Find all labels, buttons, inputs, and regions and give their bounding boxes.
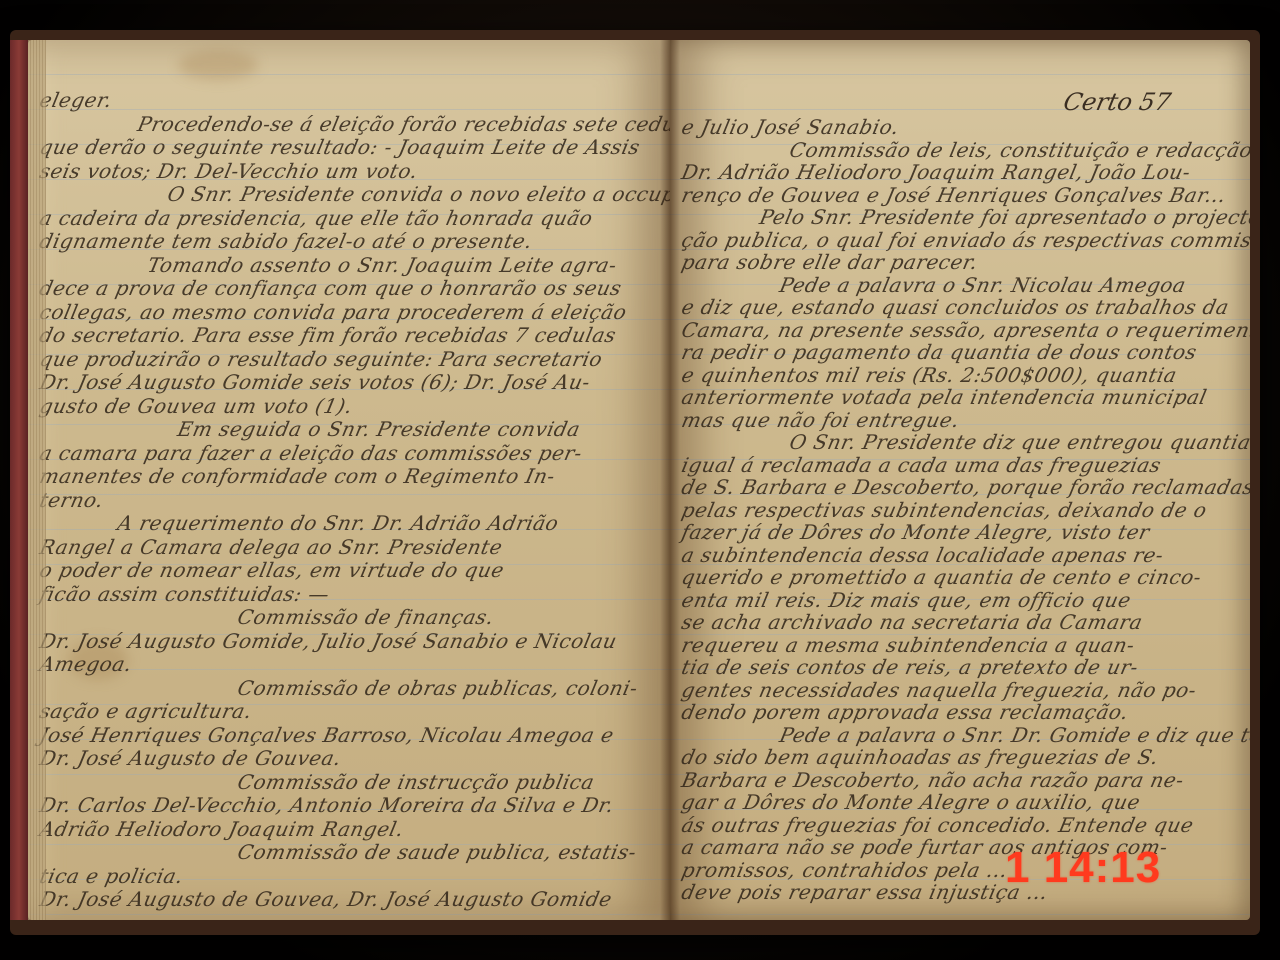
handwritten-line: fazer já de Dôres do Monte Alegre, visto… [679, 520, 1152, 544]
handwritten-line: Procedendo-se á eleição forão recebidas … [135, 112, 670, 136]
handwritten-line: O Snr. Presidente diz que entregou quant… [787, 430, 1250, 454]
handwritten-line: Amegoa. [37, 652, 134, 676]
handwritten-line: Tomando assento o Snr. Joaquim Leite agr… [145, 253, 619, 277]
handwritten-line: e diz que, estando quasi concluidos os t… [679, 295, 1231, 319]
handwritten-line: Dr. José Augusto de Gouvea. [37, 746, 343, 770]
left-page: eleger.Procedendo-se á eleição forão rec… [28, 40, 670, 920]
handwritten-line: deve pois reparar essa injustiça ... [679, 880, 1050, 904]
handwritten-line: O Snr. Presidente convida o novo eleito … [165, 182, 670, 206]
book-gutter [660, 40, 680, 920]
handwritten-line: gusto de Gouvea um voto (1). [37, 394, 354, 418]
handwritten-line: seis votos; Dr. Del-Vecchio um voto. [37, 159, 420, 183]
handwritten-line: Dr. José Augusto de Gouvea, Dr. José Aug… [37, 887, 614, 911]
handwritten-line: que derão o seguinte resultado: - Joaqui… [37, 135, 642, 159]
handwritten-line: eleger. [37, 88, 114, 112]
handwritten-line: Commissão de leis, constituição e redacç… [787, 138, 1250, 162]
handwritten-line: e Julio José Sanabio. [679, 115, 901, 139]
handwritten-line: dignamente tem sabido fazel-o até o pres… [37, 229, 534, 253]
handwritten-line: do sido bem aquinhoadas as freguezias de… [679, 745, 1160, 769]
handwritten-line: tica e policia. [37, 864, 185, 888]
handwritten-line: gentes necessidades naquella freguezia, … [679, 678, 1198, 702]
handwritten-line: a subintendencia dessa localidade apenas… [679, 543, 1165, 567]
handwritten-line: a camara para fazer a eleição das commis… [37, 441, 584, 465]
handwritten-line: Dr. José Augusto Gomide, Julio José Sana… [37, 629, 619, 653]
handwritten-line: José Henriques Gonçalves Barroso, Nicola… [37, 723, 616, 747]
book-binding [10, 40, 28, 920]
handwritten-line: Em seguida o Snr. Presidente convida [175, 417, 582, 441]
handwritten-line: mas que não foi entregue. [679, 408, 961, 432]
page-number: Certo 57 [1061, 88, 1173, 116]
stain [178, 50, 258, 80]
handwritten-line: Camara, na presente sessão, apresenta o … [679, 318, 1250, 342]
handwritten-line: Pede a palavra o Snr. Dr. Gomide e diz q… [777, 723, 1250, 747]
handwritten-line: promissos, contrahidos pela ... [679, 858, 1010, 882]
handwritten-line: sação e agricultura. [37, 699, 254, 723]
handwritten-line: de S. Barbara e Descoberto, porque forão… [679, 475, 1250, 499]
handwritten-line: enta mil reis. Diz mais que, em officio … [679, 588, 1133, 612]
handwritten-line: Dr. José Augusto Gomide seis votos (6); … [37, 370, 592, 394]
handwritten-line: dece a prova de confiança com que o honr… [37, 276, 624, 300]
handwritten-line: pelas respectivas subintendencias, deixa… [679, 498, 1209, 522]
handwritten-line: Barbara e Descoberto, não acha razão par… [679, 768, 1186, 792]
handwritten-line: ra pedir o pagamento da quantia de dous … [679, 340, 1199, 364]
page-edges [28, 40, 46, 920]
handwritten-line: collegas, ao mesmo convida para proceder… [37, 300, 629, 324]
handwritten-line: Commissão de saude publica, estatis- [235, 840, 638, 864]
handwritten-line: o poder de nomear ellas, em virtude do q… [37, 558, 506, 582]
camera-timestamp: 1 14:13 [1005, 843, 1161, 893]
handwritten-line: Pelo Snr. Presidente foi apresentado o p… [757, 205, 1250, 229]
handwritten-line: manentes de conformidade com o Regimento… [37, 464, 557, 488]
handwritten-line: terno. [37, 488, 105, 512]
handwritten-line: Dr. Carlos Del-Vecchio, Antonio Moreira … [37, 793, 616, 817]
handwritten-line: Pede a palavra o Snr. Nicolau Amegoa [777, 273, 1188, 297]
handwritten-line: Commissão de instrucção publica [235, 770, 596, 794]
handwritten-line: Commissão de obras publicas, coloni- [235, 676, 640, 700]
right-page: Certo 57 e Julio José Sanabio.Commissão … [670, 40, 1250, 920]
handwritten-line: querido e promettido a quantia de cento … [679, 565, 1203, 589]
handwritten-line: do secretario. Para esse fim forão receb… [37, 323, 618, 347]
handwritten-line: ção publica, o qual foi enviado ás respe… [679, 228, 1250, 252]
handwritten-line: gar a Dôres do Monte Alegre o auxilio, q… [679, 790, 1142, 814]
handwritten-line: se acha archivado na secretaria da Camar… [679, 610, 1144, 634]
handwritten-line: ficão assim constituidas: — [37, 582, 331, 606]
handwritten-line: anteriormente votada pela intendencia mu… [679, 385, 1209, 409]
handwritten-line: requereu a mesma subintendencia a quan- [679, 633, 1137, 657]
handwritten-line: A requerimento do Snr. Dr. Adrião Adrião [115, 511, 561, 535]
handwritten-line: renço de Gouvea e José Henriques Gonçalv… [679, 183, 1228, 207]
handwritten-line: Commissão de finanças. [235, 605, 496, 629]
handwritten-line: ás outras freguezias foi concedido. Ente… [679, 813, 1196, 837]
handwritten-line: Rangel a Camara delega ao Snr. President… [37, 535, 504, 559]
handwritten-line: Adrião Heliodoro Joaquim Rangel. [37, 817, 406, 841]
handwritten-line: e quinhentos mil reis (Rs. 2:500$000), q… [679, 363, 1179, 387]
handwritten-line: dendo porem approvada essa reclamação. [679, 700, 1130, 724]
handwritten-line: a cadeira da presidencia, que elle tão h… [37, 206, 595, 230]
handwritten-line: igual á reclamada a cada uma das freguez… [679, 453, 1163, 477]
handwritten-line: tia de seis contos de reis, a pretexto d… [679, 655, 1140, 679]
handwritten-line: Dr. Adrião Heliodoro Joaquim Rangel, Joã… [679, 160, 1192, 184]
handwritten-line: que produzirão o resultado seguinte: Par… [37, 347, 604, 371]
handwritten-line: para sobre elle dar parecer. [679, 250, 980, 274]
